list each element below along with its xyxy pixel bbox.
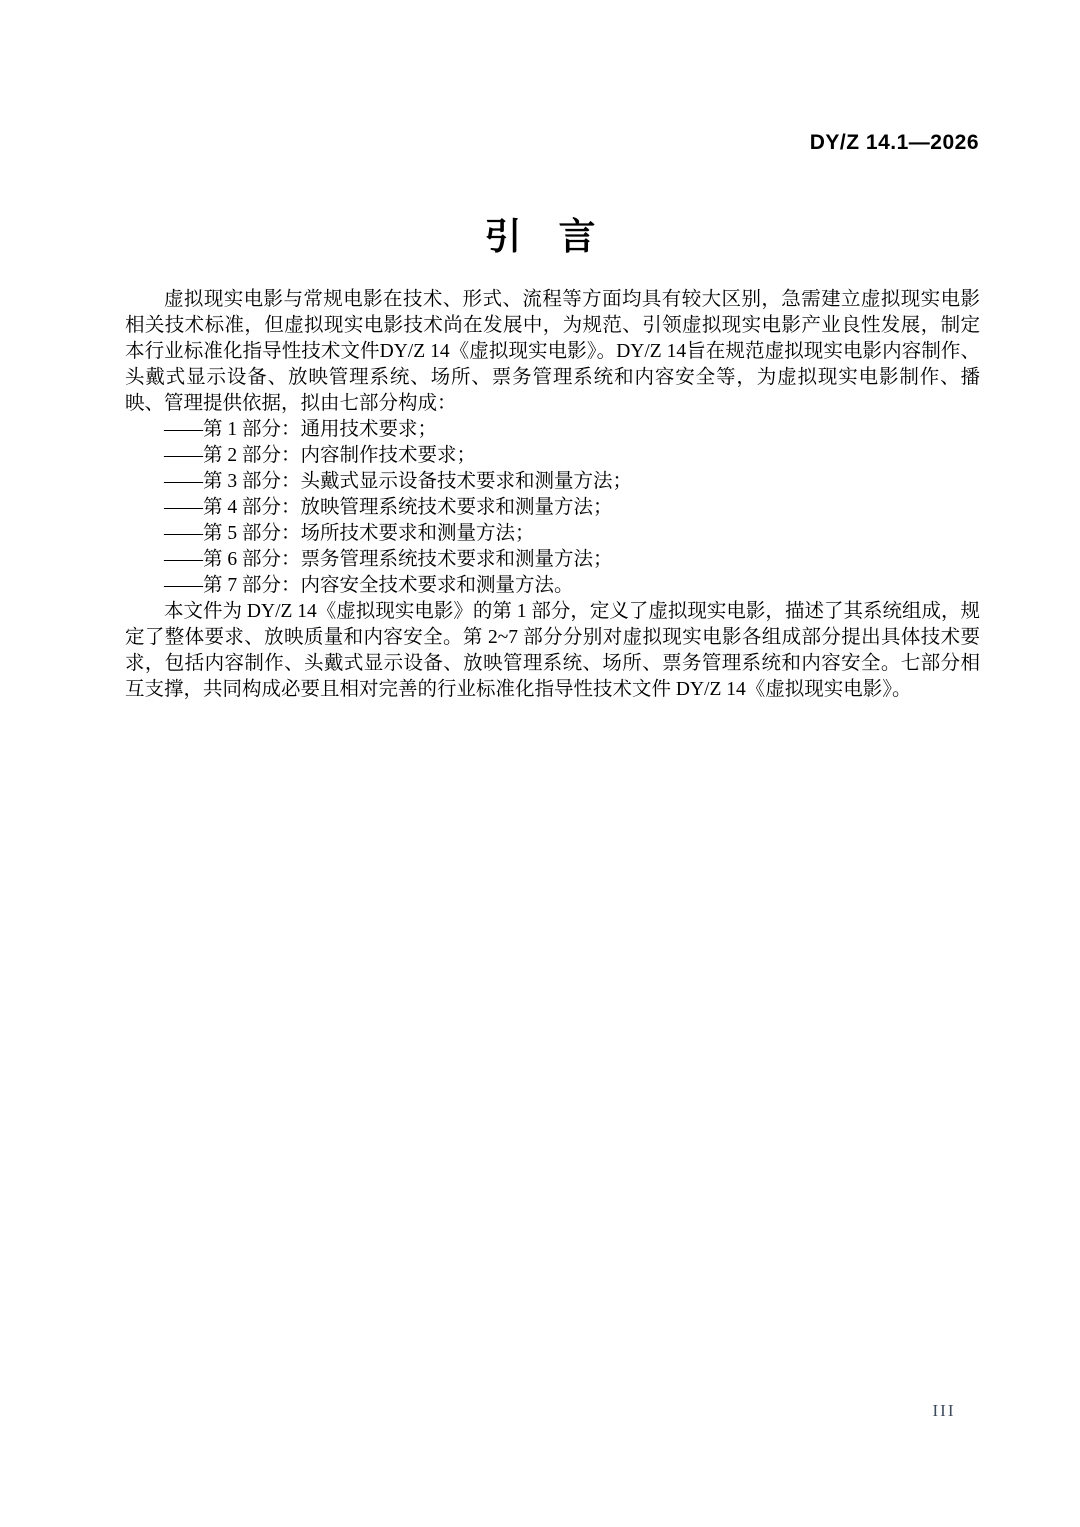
intro-paragraph-1: 虚拟现实电影与常规电影在技术、形式、流程等方面均具有较大区别，急需建立虚拟现实电… — [125, 287, 980, 417]
part-list-item: ——第 7 部分：内容安全技术要求和测量方法。 — [125, 573, 980, 599]
part-list-item: ——第 3 部分：头戴式显示设备技术要求和测量方法； — [125, 469, 980, 495]
document-page: DY/Z 14.1—2026 引 言 虚拟现实电影与常规电影在技术、形式、流程等… — [0, 0, 1080, 1527]
part-list-item: ——第 1 部分：通用技术要求； — [125, 417, 980, 443]
document-number: DY/Z 14.1—2026 — [810, 131, 979, 155]
page-title: 引 言 — [0, 215, 1080, 259]
part-list-item: ——第 4 部分：放映管理系统技术要求和测量方法； — [125, 495, 980, 521]
introduction-body: 虚拟现实电影与常规电影在技术、形式、流程等方面均具有较大区别，急需建立虚拟现实电… — [125, 287, 980, 703]
intro-paragraph-2: 本文件为 DY/Z 14《虚拟现实电影》的第 1 部分，定义了虚拟现实电影，描述… — [125, 599, 980, 703]
part-list-item: ——第 6 部分：票务管理系统技术要求和测量方法； — [125, 547, 980, 573]
part-list-item: ——第 2 部分：内容制作技术要求； — [125, 443, 980, 469]
part-list-item: ——第 5 部分：场所技术要求和测量方法； — [125, 521, 980, 547]
parts-list: ——第 1 部分：通用技术要求；——第 2 部分：内容制作技术要求；——第 3 … — [125, 417, 980, 599]
page-number: III — [0, 1401, 1080, 1421]
